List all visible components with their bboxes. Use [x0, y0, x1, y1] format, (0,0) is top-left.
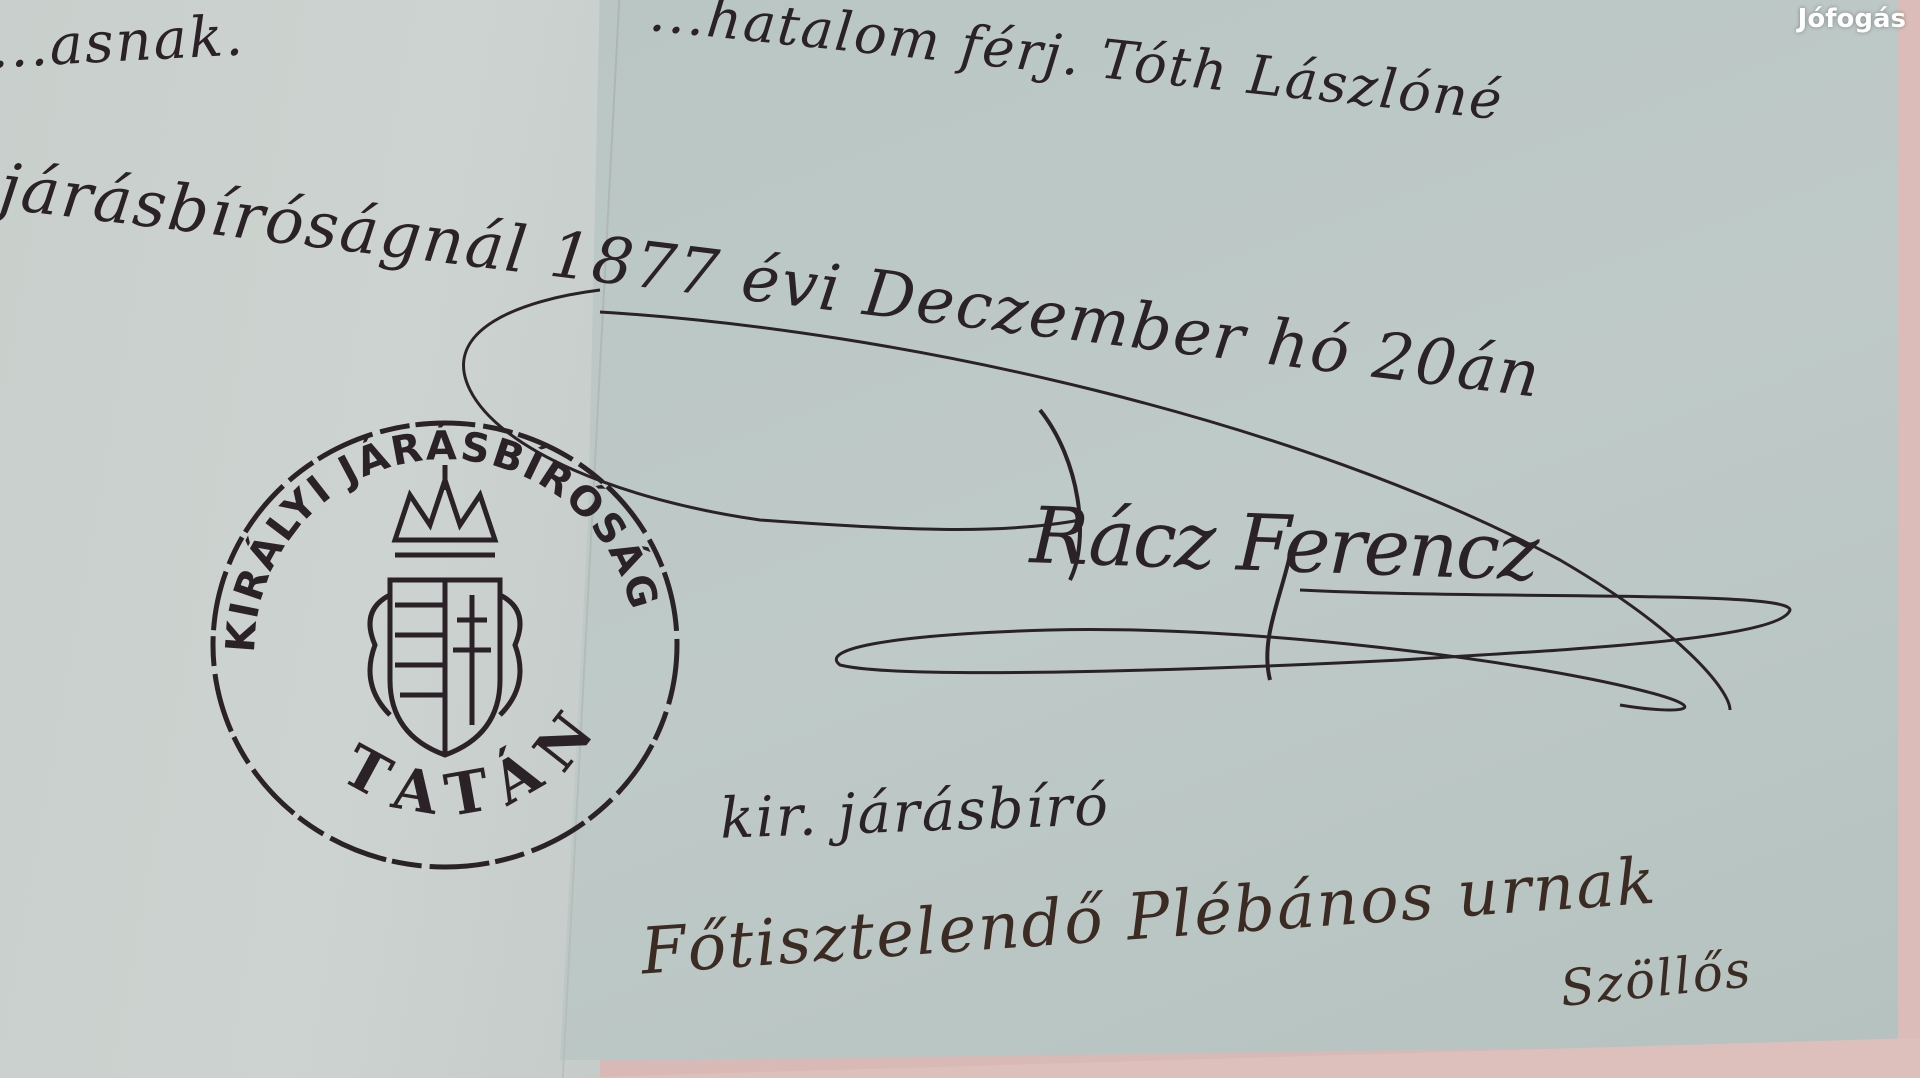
court-stamp: KIRÁLYI JÁRÁSBÍRÓSÁG TATÁN: [185, 395, 705, 895]
signature: Rácz Ferencz: [1029, 491, 1539, 599]
svg-text:TATÁN: TATÁN: [331, 686, 617, 830]
coat-of-arms-icon: [370, 465, 520, 755]
background-edge: [1898, 0, 1920, 1078]
document-photo: ...asnak. ...hatalom férj. Tóth Lászlóné…: [0, 0, 1920, 1078]
handwriting-title-line: kir. járásbíró: [719, 773, 1111, 852]
stamp-bottom-text: TATÁN: [331, 686, 617, 830]
handwriting-fragment-top-left: ...asnak.: [0, 3, 246, 81]
jofogas-watermark: Jófogás: [1798, 4, 1906, 34]
